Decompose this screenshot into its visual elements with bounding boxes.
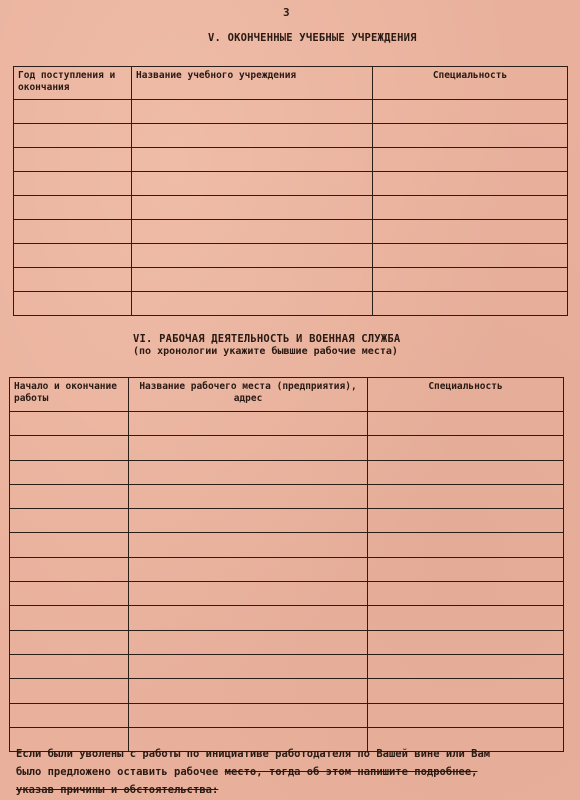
table-cell[interactable]	[373, 100, 568, 124]
table-row	[10, 557, 564, 581]
table-cell[interactable]	[10, 557, 129, 581]
table-row	[14, 220, 568, 244]
table-cell[interactable]	[10, 703, 129, 727]
table-row	[10, 630, 564, 654]
table-cell[interactable]	[14, 220, 132, 244]
table-cell[interactable]	[129, 679, 368, 703]
table-cell[interactable]	[10, 533, 129, 557]
table-row	[14, 100, 568, 124]
table-cell[interactable]	[129, 484, 368, 508]
column-header-institution: Название учебного учреждения	[132, 67, 373, 100]
table-cell[interactable]	[129, 436, 368, 460]
table-cell[interactable]	[14, 292, 132, 316]
table-cell[interactable]	[368, 606, 564, 630]
table-cell[interactable]	[129, 557, 368, 581]
table-cell[interactable]	[10, 484, 129, 508]
table-cell[interactable]	[373, 292, 568, 316]
table-row	[14, 244, 568, 268]
table-row	[14, 172, 568, 196]
table-cell[interactable]	[10, 630, 129, 654]
table-cell[interactable]	[14, 100, 132, 124]
table-cell[interactable]	[373, 196, 568, 220]
column-header-work-period: Начало и окончание работы	[10, 378, 129, 412]
table-cell[interactable]	[373, 148, 568, 172]
table-row	[14, 124, 568, 148]
table-cell[interactable]	[368, 679, 564, 703]
employment-table: Начало и окончание работы Название рабоч…	[9, 377, 564, 752]
table-row	[10, 460, 564, 484]
table-cell[interactable]	[14, 268, 132, 292]
table-row	[10, 703, 564, 727]
dismissal-note-line-3: указав причины и обстоятельства:	[16, 781, 490, 799]
table-cell[interactable]	[129, 630, 368, 654]
table-cell[interactable]	[368, 509, 564, 533]
table-cell[interactable]	[373, 244, 568, 268]
table-cell[interactable]	[368, 436, 564, 460]
table-cell[interactable]	[129, 460, 368, 484]
table-cell[interactable]	[368, 533, 564, 557]
dismissal-note-line-1: Если были уволены с работы по инициативе…	[16, 745, 490, 763]
table-cell[interactable]	[368, 582, 564, 606]
column-header-specialty: Специальность	[373, 67, 568, 100]
table-cell[interactable]	[132, 148, 373, 172]
table-cell[interactable]	[14, 148, 132, 172]
table-cell[interactable]	[373, 172, 568, 196]
table-cell[interactable]	[132, 196, 373, 220]
table-row	[14, 292, 568, 316]
table-cell[interactable]	[10, 679, 129, 703]
table-row	[14, 268, 568, 292]
dismissal-note: Если были уволены с работы по инициативе…	[16, 745, 490, 799]
table-cell[interactable]	[132, 220, 373, 244]
table-cell[interactable]	[373, 268, 568, 292]
table-cell[interactable]	[129, 703, 368, 727]
table-cell[interactable]	[129, 582, 368, 606]
table-cell[interactable]	[368, 412, 564, 436]
table-cell[interactable]	[129, 412, 368, 436]
table-row	[10, 582, 564, 606]
table-cell[interactable]	[10, 412, 129, 436]
table-row	[10, 412, 564, 436]
table-cell[interactable]	[132, 172, 373, 196]
table-cell[interactable]	[132, 292, 373, 316]
dismissal-note-line-2: было предложено оставить рабочее место, …	[16, 763, 490, 781]
table-cell[interactable]	[368, 460, 564, 484]
column-header-workplace: Название рабочего места (предприятия), а…	[129, 378, 368, 412]
table-row	[10, 509, 564, 533]
table-row	[10, 679, 564, 703]
table-cell[interactable]	[373, 124, 568, 148]
column-header-specialty: Специальность	[368, 378, 564, 412]
table-cell[interactable]	[373, 220, 568, 244]
table-row	[10, 654, 564, 678]
education-table: Год поступления и окончания Название уче…	[13, 66, 568, 316]
table-cell[interactable]	[132, 268, 373, 292]
table-row	[14, 148, 568, 172]
table-cell[interactable]	[14, 196, 132, 220]
table-cell[interactable]	[132, 124, 373, 148]
column-header-years: Год поступления и окончания	[14, 67, 132, 100]
table-cell[interactable]	[129, 606, 368, 630]
table-cell[interactable]	[10, 654, 129, 678]
table-cell[interactable]	[10, 606, 129, 630]
table-cell[interactable]	[132, 244, 373, 268]
table-cell[interactable]	[129, 509, 368, 533]
table-cell[interactable]	[10, 509, 129, 533]
table-cell[interactable]	[368, 630, 564, 654]
section-5-title: V. ОКОНЧЕННЫЕ УЧЕБНЫЕ УЧРЕЖДЕНИЯ	[208, 32, 417, 44]
section-6-subtitle: (по хронологии укажите бывшие рабочие ме…	[133, 346, 398, 357]
table-row	[14, 196, 568, 220]
table-cell[interactable]	[368, 484, 564, 508]
table-cell[interactable]	[129, 654, 368, 678]
table-row	[10, 484, 564, 508]
table-row	[10, 436, 564, 460]
table-row	[10, 533, 564, 557]
table-cell[interactable]	[368, 654, 564, 678]
table-cell[interactable]	[10, 460, 129, 484]
table-cell[interactable]	[14, 172, 132, 196]
table-cell[interactable]	[14, 244, 132, 268]
table-cell[interactable]	[132, 100, 373, 124]
table-cell[interactable]	[368, 557, 564, 581]
section-6-title: VI. РАБОЧАЯ ДЕЯТЕЛЬНОСТЬ И ВОЕННАЯ СЛУЖБ…	[133, 333, 400, 345]
page-number: 3	[283, 6, 290, 19]
table-cell[interactable]	[14, 124, 132, 148]
table-row	[10, 606, 564, 630]
table-cell[interactable]	[10, 436, 129, 460]
table-cell[interactable]	[129, 533, 368, 557]
table-cell[interactable]	[368, 703, 564, 727]
table-cell[interactable]	[10, 582, 129, 606]
